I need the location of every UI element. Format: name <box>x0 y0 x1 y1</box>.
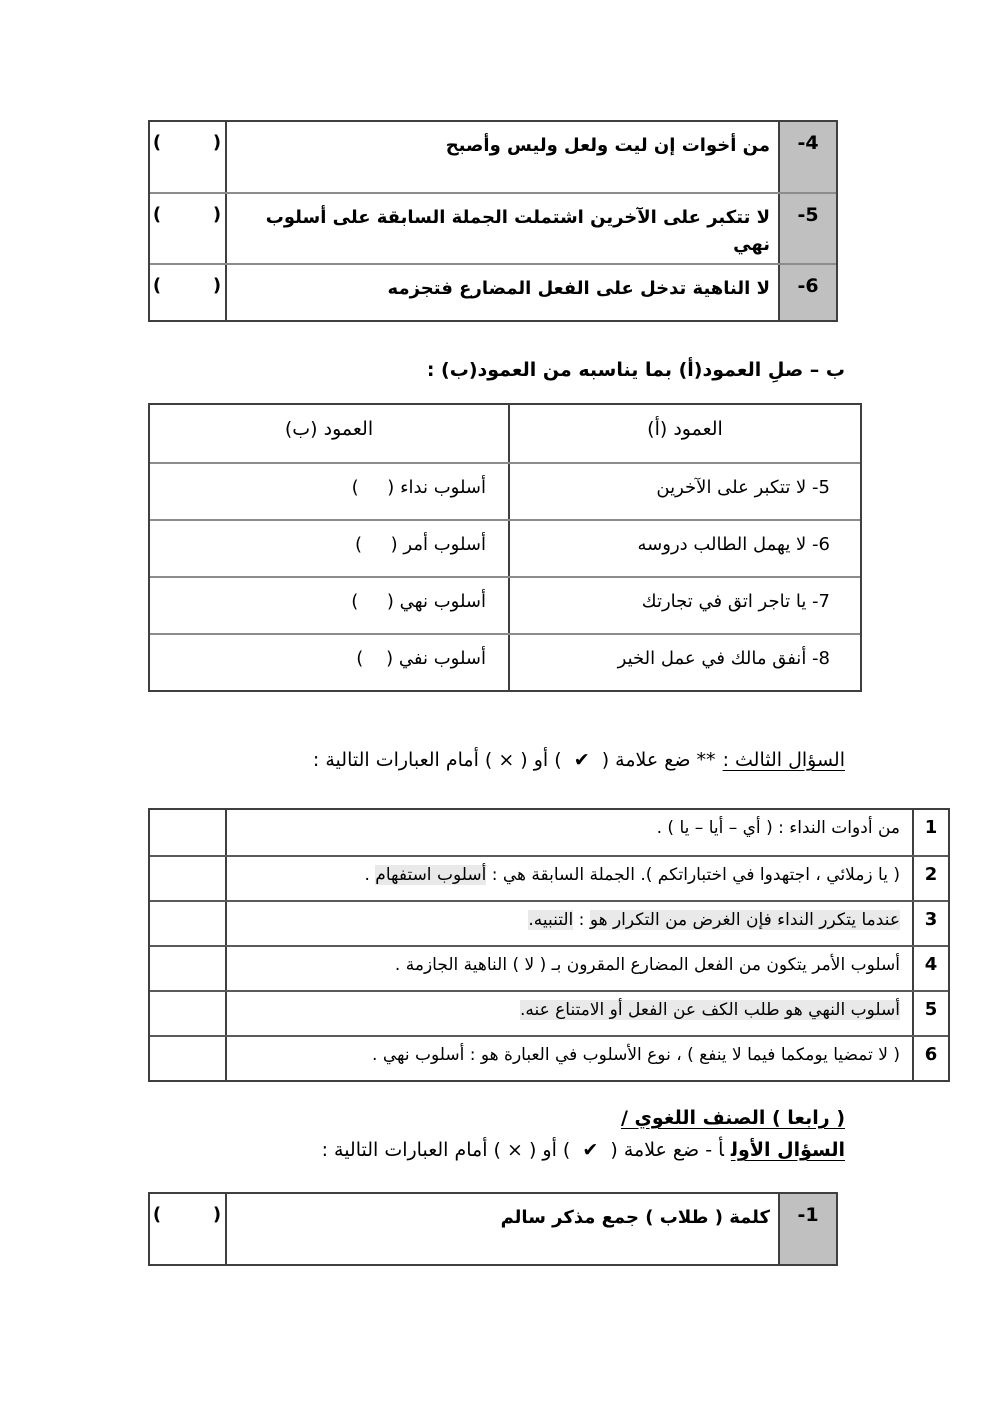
highlighted-text-segment: أسلوب النهي هو طلب الكف عن الفعل أو الام… <box>520 1000 900 1020</box>
column-b-item: أسلوب نداء ( ) <box>150 464 508 519</box>
matching-table: العمود (أ) العمود (ب) 5- لا تتكبر على ال… <box>148 403 862 692</box>
section-4-title: ( رابعا ) الصنف اللغوي / <box>621 1107 845 1129</box>
statement-text: عندما يتكرر النداء فإن الغرض من التكرار … <box>227 902 907 945</box>
statement-row: 5 أسلوب النهي هو طلب الكف عن الفعل أو ال… <box>150 990 948 1035</box>
column-b-item: أسلوب أمر ( ) <box>150 521 508 576</box>
column-b-item: أسلوب نفي ( ) <box>150 635 508 690</box>
highlighted-text-segment: أسلوب استفهام <box>375 865 486 885</box>
column-a-header: العمود (أ) <box>508 405 860 462</box>
column-a-item: 7- يا تاجر اتق في تجارتك <box>508 578 860 633</box>
column-b-header: العمود (ب) <box>150 405 508 462</box>
table-row: 4- من أخوات إن ليت ولعل وليس وأصبح ( ) <box>150 122 836 192</box>
statement-text: ( لا تمضيا يومكما فيما لا ينفع ) ، نوع ا… <box>227 1037 907 1080</box>
statement-number: 2 <box>912 857 948 900</box>
statement-number: 4 <box>912 947 948 990</box>
answer-cell[interactable] <box>150 947 227 990</box>
matching-row: 7- يا تاجر اتق في تجارتك أسلوب نهي ( ) <box>150 576 860 633</box>
question-3-heading: السؤال الثالث :** ضع علامة ( ✔ ) أو ( × … <box>313 748 845 774</box>
answer-parentheses[interactable]: ( ) <box>356 648 393 669</box>
answer-cell[interactable] <box>150 810 227 855</box>
text-segment: . <box>364 865 375 885</box>
statement-text: كلمة ( طلاب ) جمع مذكر سالم <box>227 1194 778 1264</box>
statement-text: أسلوب النهي هو طلب الكف عن الفعل أو الام… <box>227 992 907 1035</box>
text-segment: من أدوات النداء : ( أي – أيا – يا ) . <box>657 818 900 838</box>
item-number-cell: 6- <box>778 265 836 320</box>
answer-parentheses[interactable]: ( ) <box>150 265 227 320</box>
statement-number: 1 <box>912 810 948 855</box>
statement-text: ( يا زملائي ، اجتهدوا في اختباراتكم ). ا… <box>227 857 907 900</box>
text-segment: ( يا زملائي ، اجتهدوا في اختباراتكم ). ا… <box>486 865 900 885</box>
answer-parentheses[interactable]: ( ) <box>355 534 398 555</box>
match-option-label: أسلوب نفي <box>399 648 486 669</box>
column-a-item: 6- لا يهمل الطالب دروسه <box>508 521 860 576</box>
statement-number: 6 <box>912 1037 948 1080</box>
question-3-title: السؤال الثالث : <box>723 749 845 771</box>
question-1-title: السؤال الأول <box>731 1139 845 1161</box>
statement-text: من أخوات إن ليت ولعل وليس وأصبح <box>227 122 778 192</box>
text-segment: أسلوب الأمر يتكون من الفعل المضارع المقر… <box>395 955 900 975</box>
table-row: 1- كلمة ( طلاب ) جمع مذكر سالم ( ) <box>150 1194 836 1264</box>
match-section-heading: ب – صلِ العمود(أ) بما يناسبه من العمود(ب… <box>427 358 845 384</box>
answer-parentheses[interactable]: ( ) <box>150 1194 227 1264</box>
match-option-label: أسلوب نداء <box>400 477 486 498</box>
statement-number: 5 <box>912 992 948 1035</box>
statement-row: 1 من أدوات النداء : ( أي – أيا – يا ) . <box>150 810 948 855</box>
true-false-table-bottom: 1- كلمة ( طلاب ) جمع مذكر سالم ( ) <box>148 1192 838 1266</box>
text-segment: ( لا تمضيا يومكما فيما لا ينفع ) ، نوع ا… <box>372 1045 900 1065</box>
answer-parentheses[interactable]: ( ) <box>150 122 227 192</box>
arabic-grammar-worksheet: 4- من أخوات إن ليت ولعل وليس وأصبح ( ) 5… <box>0 0 992 1403</box>
answer-parentheses[interactable]: ( ) <box>351 591 394 612</box>
answer-cell[interactable] <box>150 902 227 945</box>
match-option-label: أسلوب نهي <box>400 591 486 612</box>
matching-table-header-row: العمود (أ) العمود (ب) <box>150 405 860 462</box>
question-1-heading: السؤال الأولأ - ضع علامة ( ✔ ) أو ( × ) … <box>322 1138 845 1164</box>
item-number-cell: 5- <box>778 194 836 263</box>
statement-row: 6 ( لا تمضيا يومكما فيما لا ينفع ) ، نوع… <box>150 1035 948 1080</box>
statement-row: 3 عندما يتكرر النداء فإن الغرض من التكرا… <box>150 900 948 945</box>
answer-cell[interactable] <box>150 1037 227 1080</box>
item-number-cell: 1- <box>778 1194 836 1264</box>
column-a-item: 5- لا تتكبر على الآخرين <box>508 464 860 519</box>
statement-number: 3 <box>912 902 948 945</box>
match-option-label: أسلوب أمر <box>403 534 486 555</box>
highlighted-text-segment: التنبيه. <box>528 910 573 930</box>
text-segment: : <box>573 910 590 930</box>
table-row: 6- لا الناهية تدخل على الفعل المضارع فتج… <box>150 263 836 320</box>
statement-row: 4 أسلوب الأمر يتكون من الفعل المضارع الم… <box>150 945 948 990</box>
statement-text: لا تتكبر على الآخرين اشتملت الجملة الساب… <box>227 194 778 263</box>
answer-parentheses[interactable]: ( ) <box>352 477 395 498</box>
answer-cell[interactable] <box>150 992 227 1035</box>
statement-row: 2 ( يا زملائي ، اجتهدوا في اختباراتكم ).… <box>150 855 948 900</box>
item-number-cell: 4- <box>778 122 836 192</box>
table-row: 5- لا تتكبر على الآخرين اشتملت الجملة ال… <box>150 192 836 263</box>
answer-cell[interactable] <box>150 857 227 900</box>
statement-text: أسلوب الأمر يتكون من الفعل المضارع المقر… <box>227 947 907 990</box>
question-1-instruction: أ - ضع علامة ( ✔ ) أو ( × ) أمام العبارا… <box>322 1139 724 1161</box>
answer-parentheses[interactable]: ( ) <box>150 194 227 263</box>
highlighted-text-segment: عندما يتكرر النداء فإن الغرض من التكرار … <box>590 910 900 930</box>
true-false-table-top: 4- من أخوات إن ليت ولعل وليس وأصبح ( ) 5… <box>148 120 838 322</box>
section-4-heading: ( رابعا ) الصنف اللغوي / <box>621 1106 845 1132</box>
matching-row: 8- أنفق مالك في عمل الخير أسلوب نفي ( ) <box>150 633 860 690</box>
matching-row: 6- لا يهمل الطالب دروسه أسلوب أمر ( ) <box>150 519 860 576</box>
statement-text: من أدوات النداء : ( أي – أيا – يا ) . <box>227 810 907 855</box>
column-b-item: أسلوب نهي ( ) <box>150 578 508 633</box>
column-a-item: 8- أنفق مالك في عمل الخير <box>508 635 860 690</box>
question-3-instruction: ** ضع علامة ( ✔ ) أو ( × ) أمام العبارات… <box>313 749 716 771</box>
matching-row: 5- لا تتكبر على الآخرين أسلوب نداء ( ) <box>150 462 860 519</box>
statement-text: لا الناهية تدخل على الفعل المضارع فتجزمه <box>227 265 778 320</box>
statements-table: 1 من أدوات النداء : ( أي – أيا – يا ) . … <box>148 808 950 1082</box>
